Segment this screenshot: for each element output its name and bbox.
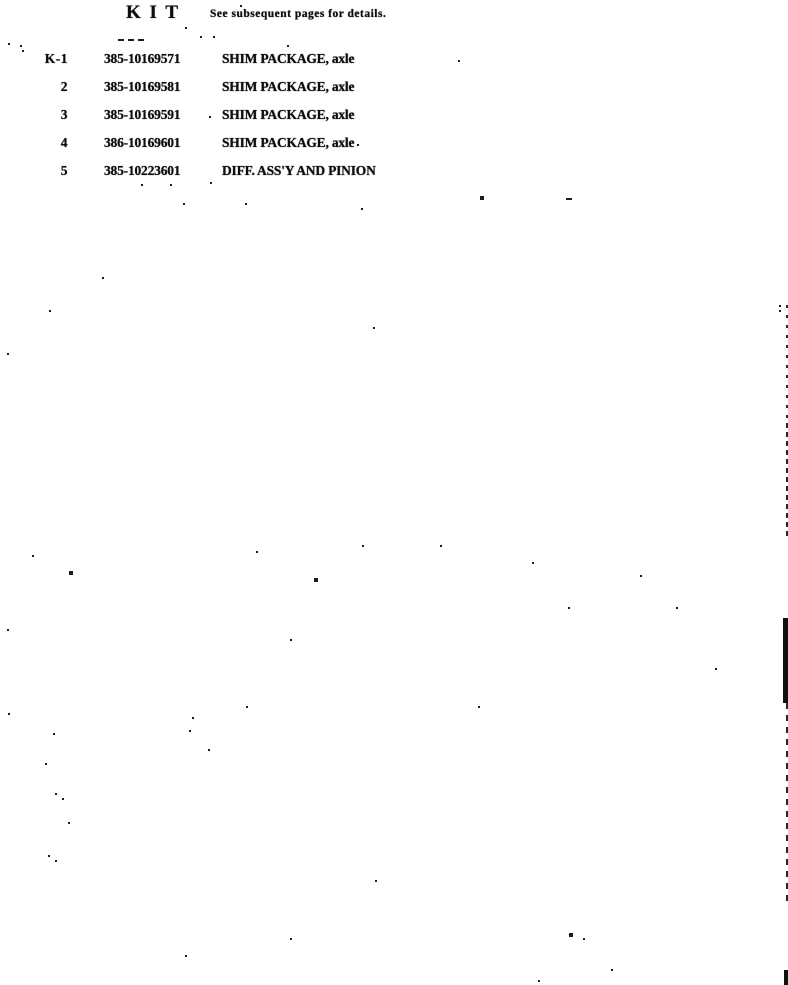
description-cell: SHIM PACKAGE, axle [222,101,354,129]
description-cell: SHIM PACKAGE, axle [222,45,354,73]
table-row: 2 385-10169581 SHIM PACKAGE, axle [0,73,500,101]
part-number-cell: 385-10169581 [104,73,222,101]
scan-noise-dashes [0,0,6,2]
scan-edge-artifact [783,618,788,703]
part-number-cell: 385-10223601 [104,157,222,185]
part-number-cell: 385-10169591 [104,101,222,129]
scanned-document-page: K I T See subsequent pages for details. … [0,0,788,985]
kit-parts-table: K-1 385-10169571 SHIM PACKAGE, axle 2 38… [0,45,500,185]
ref-cell: K-1 [0,45,68,73]
ref-cell: 4 [0,129,68,157]
table-row: 4 386-10169601 SHIM PACKAGE, axle [0,129,500,157]
description-cell: SHIM PACKAGE, axle [222,73,354,101]
description-cell: SHIM PACKAGE, axle [222,129,354,157]
table-row: 3 385-10169591 SHIM PACKAGE, axle [0,101,500,129]
subtitle-note: See subsequent pages for details. [210,8,386,20]
table-row: 5 385-10223601 DIFF. ASS'Y AND PINION [0,157,500,185]
table-row: K-1 385-10169571 SHIM PACKAGE, axle [0,45,500,73]
ref-cell: 3 [0,101,68,129]
description-cell: DIFF. ASS'Y AND PINION [222,157,376,185]
part-number-cell: 385-10169571 [104,45,222,73]
ref-cell: 5 [0,157,68,185]
scan-edge-artifact [784,970,788,985]
part-number-cell: 386-10169601 [104,129,222,157]
ref-cell: 2 [0,73,68,101]
page-title: K I T [126,2,180,24]
